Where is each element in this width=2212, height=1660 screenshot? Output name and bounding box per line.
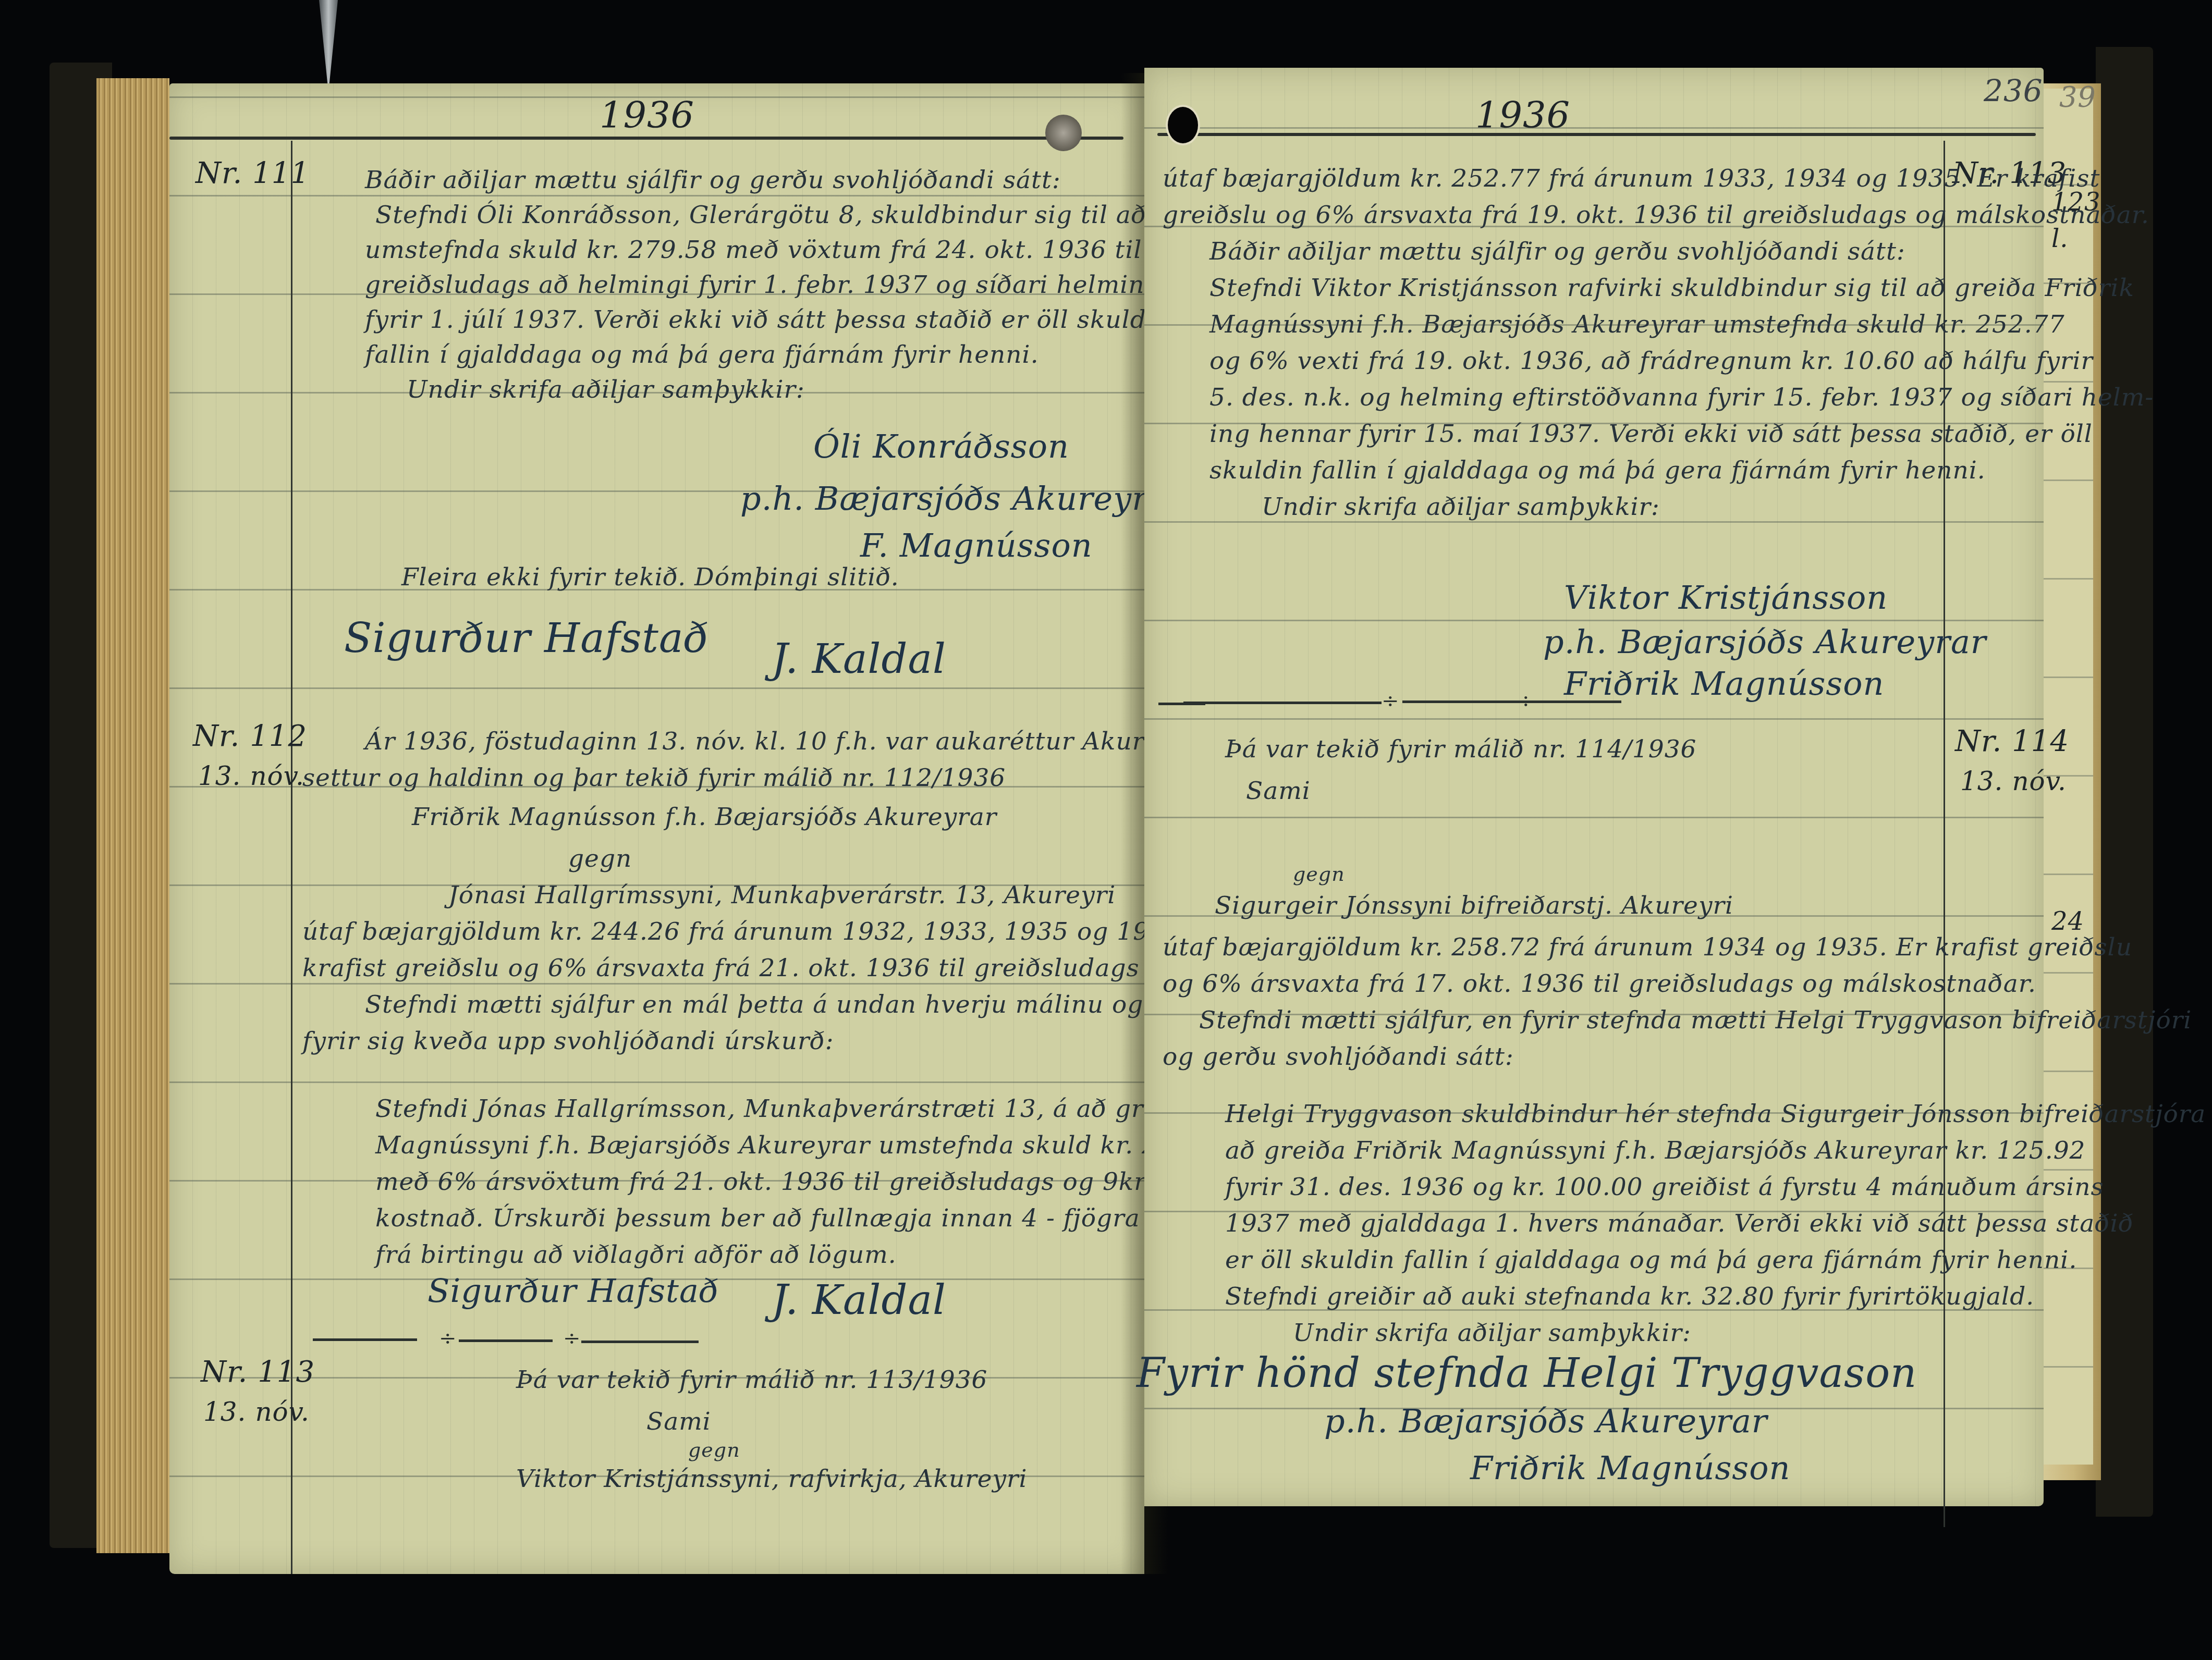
entry-date-112: 13. nóv. bbox=[198, 761, 304, 791]
judge-signature-kaldal: J. Kaldal bbox=[772, 636, 946, 683]
entry-number-113: Nr. 113 bbox=[201, 1355, 315, 1389]
page-edges-left bbox=[96, 78, 169, 1553]
divider-mark: ÷ bbox=[1517, 689, 1535, 713]
text-line: Stefndi Óli Konráðsson, Glerárgötu 8, sk… bbox=[375, 201, 1237, 229]
text-line: Undir skrifa aðiljar samþykkir: bbox=[1293, 1319, 1691, 1347]
text-line: útaf bæjargjöldum kr. 258.72 frá árunum … bbox=[1163, 933, 2132, 962]
text-line: Sami bbox=[646, 1407, 711, 1436]
judge-signature-hafstad: Sigurður Hafstað bbox=[427, 1272, 719, 1310]
left-year-header: 1936 bbox=[600, 94, 694, 137]
text-line: og gerðu svohljóðandi sátt: bbox=[1163, 1042, 1514, 1071]
book-cover-right bbox=[2096, 47, 2153, 1517]
signature-municipality: p.h. Bæjarsjóðs Akureyrar bbox=[1324, 1402, 1768, 1440]
text-line: umstefnda skuld kr. 279.58 með vöxtum fr… bbox=[365, 236, 1142, 264]
text-line: Þá var tekið fyrir málið nr. 113/1936 bbox=[516, 1366, 988, 1394]
left-header-rule bbox=[169, 137, 1123, 140]
text-line: útaf bæjargjöldum kr. 252.77 frá árunum … bbox=[1163, 164, 2100, 193]
divider-mark: ÷ bbox=[1382, 689, 1399, 713]
signature-defendant: Óli Konráðsson bbox=[813, 427, 1069, 465]
signature-municipality: p.h. Bæjarsjóðs Akureyrar bbox=[740, 479, 1184, 518]
entry-number-111: Nr. 111 bbox=[195, 156, 310, 190]
text-line: útaf bæjargjöldum kr. 244.26 frá árunum … bbox=[302, 917, 1229, 946]
signature-plaintiff: Friðrik Magnússon bbox=[1470, 1449, 1790, 1487]
text-line: Þá var tekið fyrir málið nr. 114/1936 bbox=[1225, 735, 1697, 764]
plaintiff-line: Friðrik Magnússon f.h. Bæjarsjóðs Akurey… bbox=[412, 803, 997, 831]
versus-label: gegn bbox=[568, 844, 632, 873]
text-line: og 6% ársvaxta frá 17. okt. 1936 til gre… bbox=[1163, 969, 2036, 998]
text-line: Báðir aðiljar mættu sjálfir og gerðu svo… bbox=[1209, 237, 1905, 266]
binding-hole-right bbox=[1168, 107, 1198, 143]
text-line: greiðsludags að helmingi fyrir 1. febr. … bbox=[365, 270, 1202, 299]
text-line: og 6% vexti frá 19. okt. 1936, að frádre… bbox=[1209, 347, 2093, 375]
entry-divider bbox=[1183, 702, 1382, 704]
entry-divider bbox=[313, 1338, 417, 1341]
next-leaf-margin-fragment: l. bbox=[2051, 224, 2069, 253]
text-line: 1937 með gjalddaga 1. hvers mánaðar. Ver… bbox=[1225, 1209, 2134, 1238]
entry-divider bbox=[459, 1339, 553, 1342]
text-line: Báðir aðiljar mættu sjálfir og gerðu svo… bbox=[365, 166, 1061, 194]
signature-plaintiff: F. Magnússon bbox=[860, 526, 1093, 564]
judge-signature-kaldal: J. Kaldal bbox=[772, 1277, 946, 1324]
text-line: fyrir sig kveða upp svohljóðandi úrskurð… bbox=[302, 1027, 834, 1055]
text-line: Viktor Kristjánssyni, rafvirkja, Akureyr… bbox=[516, 1465, 1028, 1493]
text-line: kostnað. Úrskurði þessum ber að fullnægj… bbox=[375, 1204, 1235, 1233]
judge-signature-hafstad: Sigurður Hafstað bbox=[344, 615, 708, 662]
signature-defendant: Viktor Kristjánsson bbox=[1564, 579, 1888, 617]
entry-number-112: Nr. 112 bbox=[193, 719, 307, 753]
text-line: Undir skrifa aðiljar samþykkir: bbox=[1262, 493, 1660, 521]
closing-line: Fleira ekki fyrir tekið. Dómþingi slitið… bbox=[401, 563, 899, 592]
entry-number-114: Nr. 114 bbox=[1955, 724, 2069, 758]
text-line: Sami bbox=[1246, 777, 1311, 805]
text-line: Helgi Tryggvason skuldbindur hér stefnda… bbox=[1225, 1100, 2212, 1128]
text-line: Magnússyni f.h. Bæjarsjóðs Akureyrar ums… bbox=[1209, 310, 2065, 339]
text-line: er öll skuldin fallin í gjalddaga og má … bbox=[1225, 1246, 2077, 1274]
text-line: Stefndi Viktor Kristjánsson rafvirki sku… bbox=[1209, 274, 2134, 302]
signature-plaintiff: Friðrik Magnússon bbox=[1564, 665, 1884, 703]
defendant-line: Jónasi Hallgrímssyni, Munkaþverárstr. 13… bbox=[448, 881, 1116, 909]
binding-hole-left bbox=[1045, 115, 1082, 151]
text-line: Magnússyni f.h. Bæjarsjóðs Akureyrar ums… bbox=[375, 1131, 1231, 1160]
next-leaf-margin-number: 24 bbox=[2051, 907, 2084, 936]
versus-label: gegn bbox=[688, 1438, 740, 1461]
right-year-header: 1936 bbox=[1475, 94, 1570, 137]
divider-mark: ÷ bbox=[563, 1326, 581, 1350]
text-line: 5. des. n.k. og helming eftirstöðvanna f… bbox=[1209, 383, 2154, 412]
divider-mark: ÷ bbox=[439, 1326, 457, 1350]
text-line: með 6% ársvöxtum frá 21. okt. 1936 til g… bbox=[375, 1167, 1246, 1196]
page-holder-blade bbox=[319, 0, 338, 83]
entry-divider bbox=[581, 1341, 699, 1343]
text-line: Ár 1936, föstudaginn 13. nóv. kl. 10 f.h… bbox=[365, 727, 1214, 756]
text-line: að greiða Friðrik Magnússyni f.h. Bæjars… bbox=[1225, 1136, 2086, 1165]
text-line: ing hennar fyrir 15. maí 1937. Verði ekk… bbox=[1209, 420, 2093, 448]
text-line: Stefndi mætti sjálfur, en fyrir stefnda … bbox=[1199, 1006, 2192, 1035]
text-line: settur og haldinn og þar tekið fyrir mál… bbox=[302, 764, 1006, 792]
versus-label: gegn bbox=[1293, 863, 1345, 886]
next-leaf-margin-number: 123 bbox=[2051, 188, 2101, 217]
entry-divider bbox=[1402, 700, 1621, 703]
text-line: skuldin fallin í gjalddaga og má þá gera… bbox=[1209, 456, 1986, 485]
text-line: Stefndi greiðir að auki stefnanda kr. 32… bbox=[1225, 1282, 2034, 1311]
text-line: fyrir 1. júlí 1937. Verði ekki við sátt … bbox=[365, 305, 1171, 334]
signature-defendant-representative: Fyrir hönd stefnda Helgi Tryggvason bbox=[1136, 1350, 1917, 1397]
entry-date-113: 13. nóv. bbox=[203, 1397, 310, 1427]
text-line: fyrir 31. des. 1936 og kr. 100.00 greiði… bbox=[1225, 1173, 2104, 1201]
entry-date-114: 13. nóv. bbox=[1960, 766, 2067, 796]
text-line: Undir skrifa aðiljar samþykkir: bbox=[407, 375, 805, 404]
right-header-rule bbox=[1157, 133, 2036, 136]
text-line: fallin í gjalddaga og má þá gera fjárnám… bbox=[365, 340, 1039, 369]
next-leaf-page-number: 39 bbox=[2059, 81, 2096, 114]
defendant-line: Sigurgeir Jónssyni bifreiðarstj. Akureyr… bbox=[1215, 891, 1733, 920]
page-number: 236 bbox=[1984, 73, 2043, 108]
signature-municipality: p.h. Bæjarsjóðs Akureyrar bbox=[1543, 623, 1987, 661]
text-line: frá birtingu að viðlagðri aðför að lögum… bbox=[375, 1240, 897, 1269]
text-line: greiðslu og 6% ársvaxta frá 19. okt. 193… bbox=[1163, 201, 2149, 229]
